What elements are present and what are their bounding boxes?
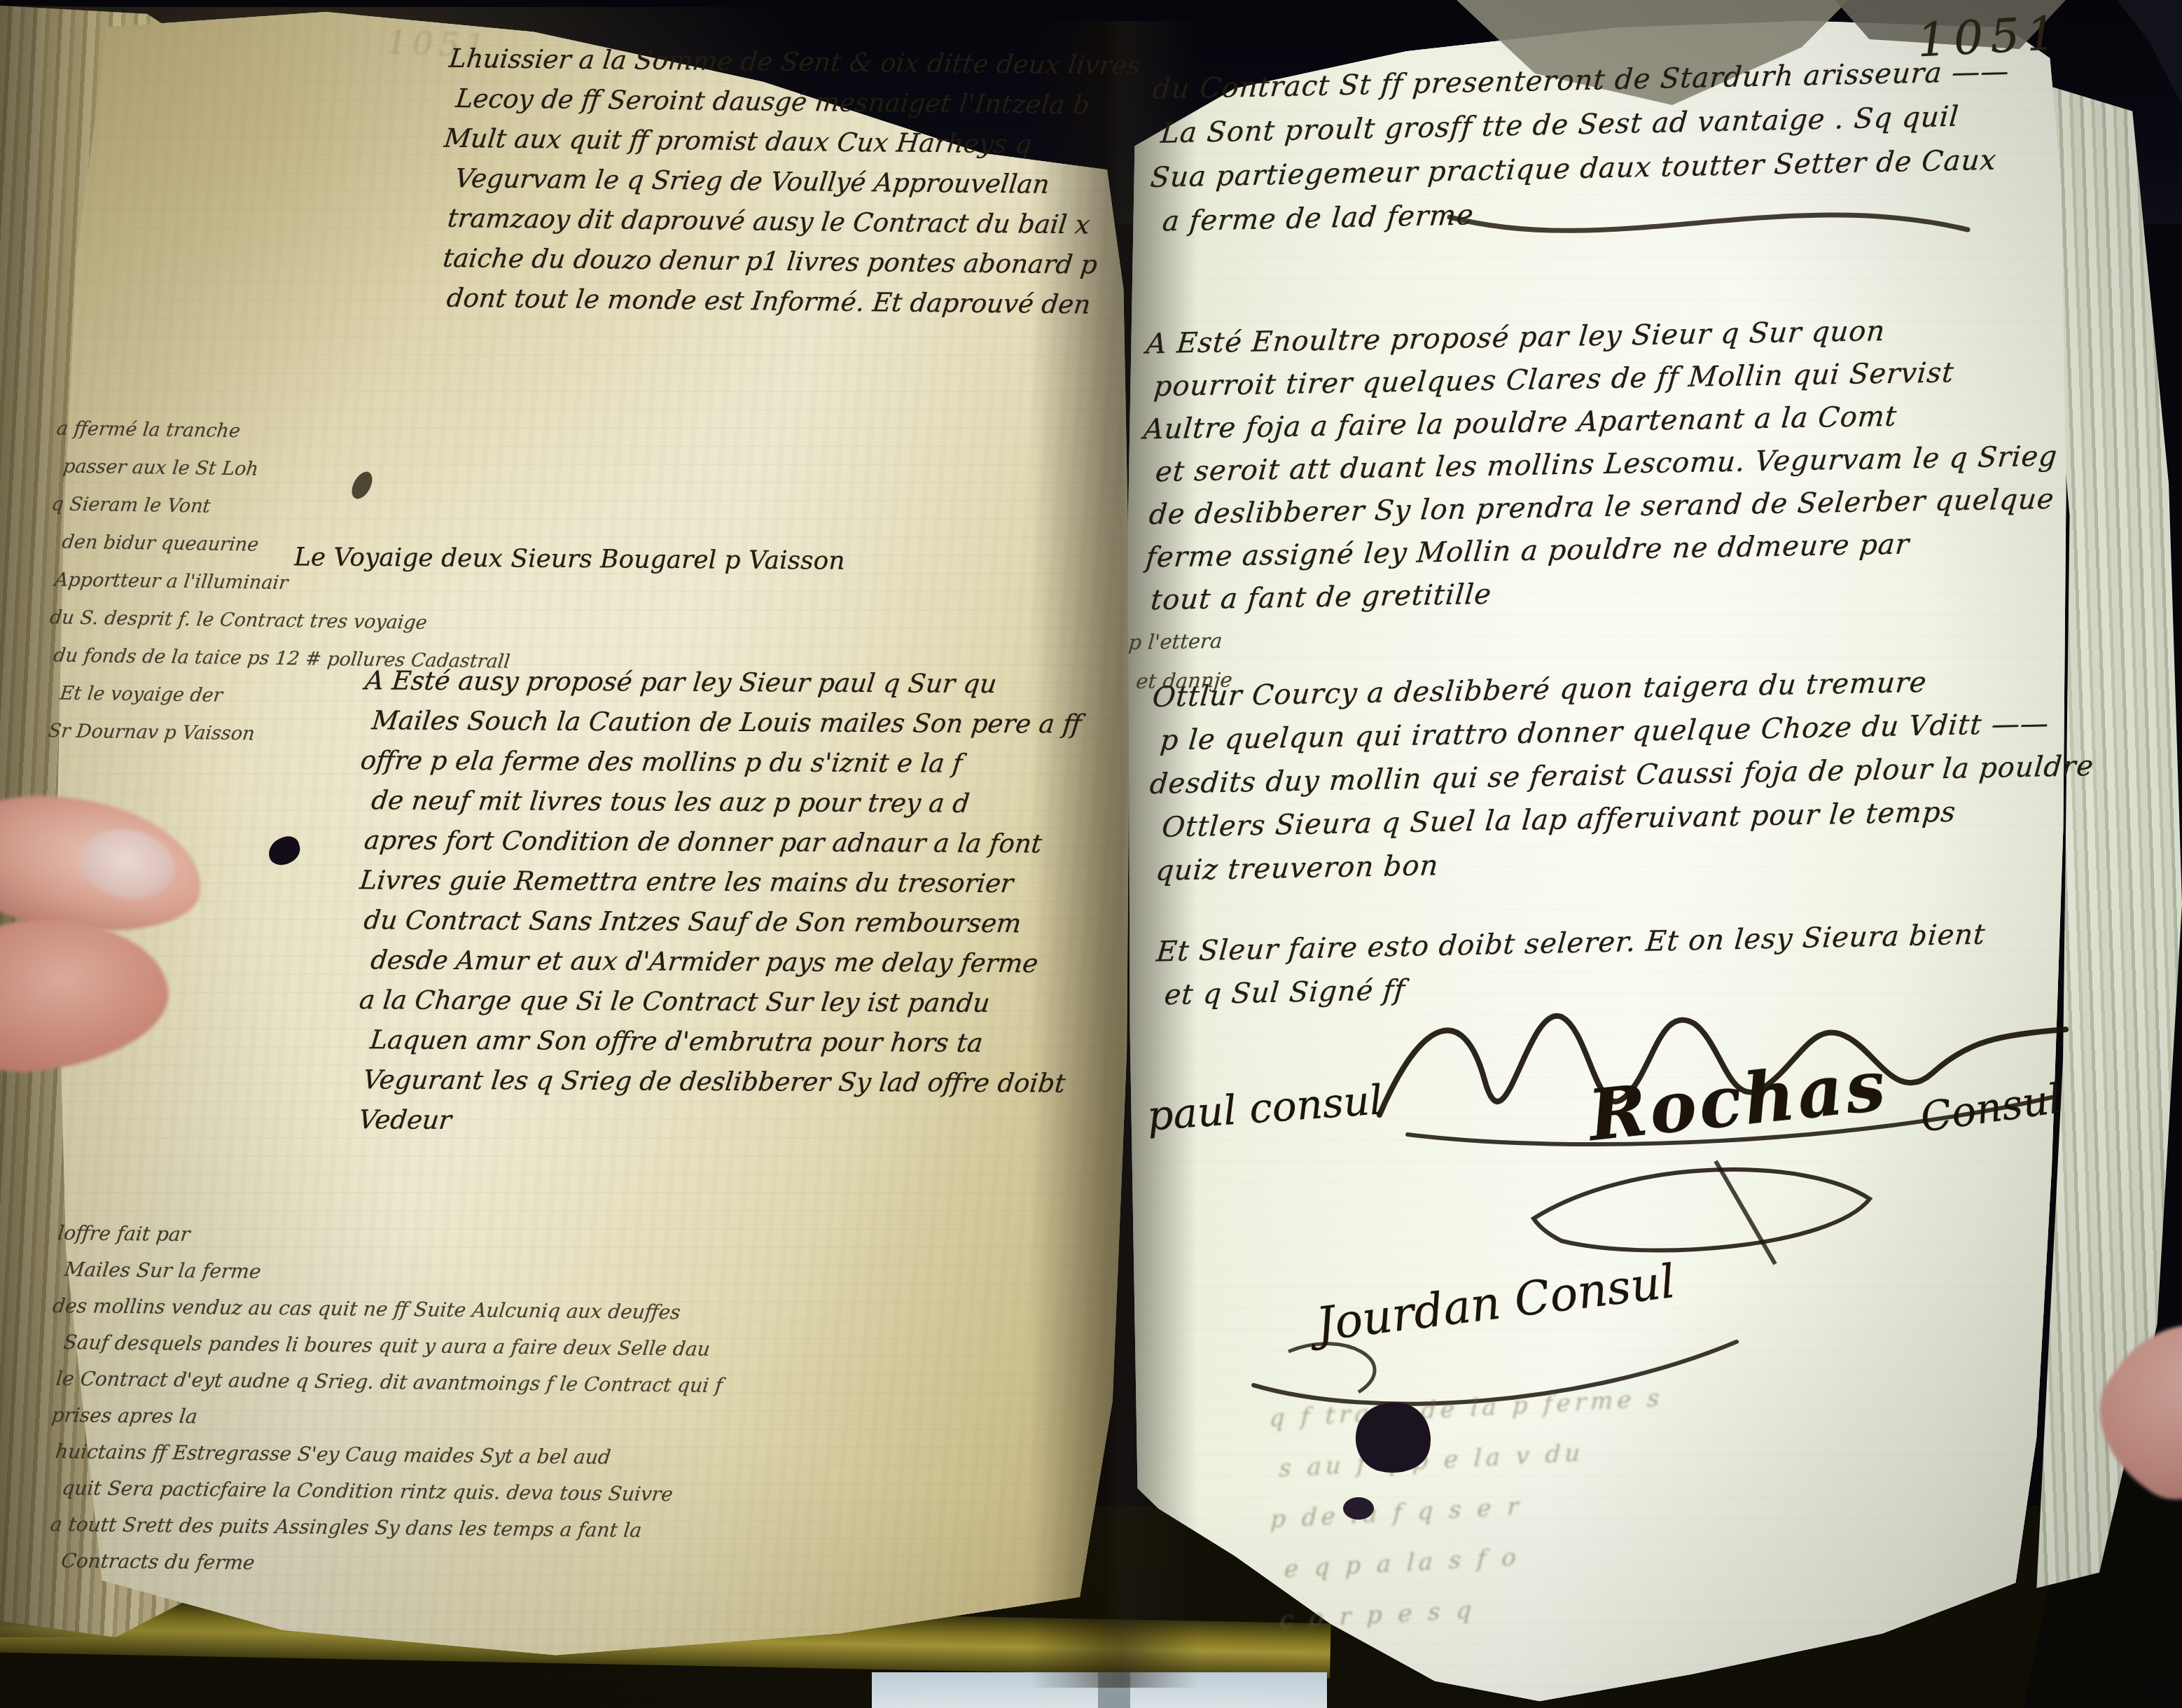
photo-vignette xyxy=(0,0,2182,1708)
manuscript-photo: 1051 1051 Lhuissier a la Somme de Sent &… xyxy=(0,0,2182,1708)
